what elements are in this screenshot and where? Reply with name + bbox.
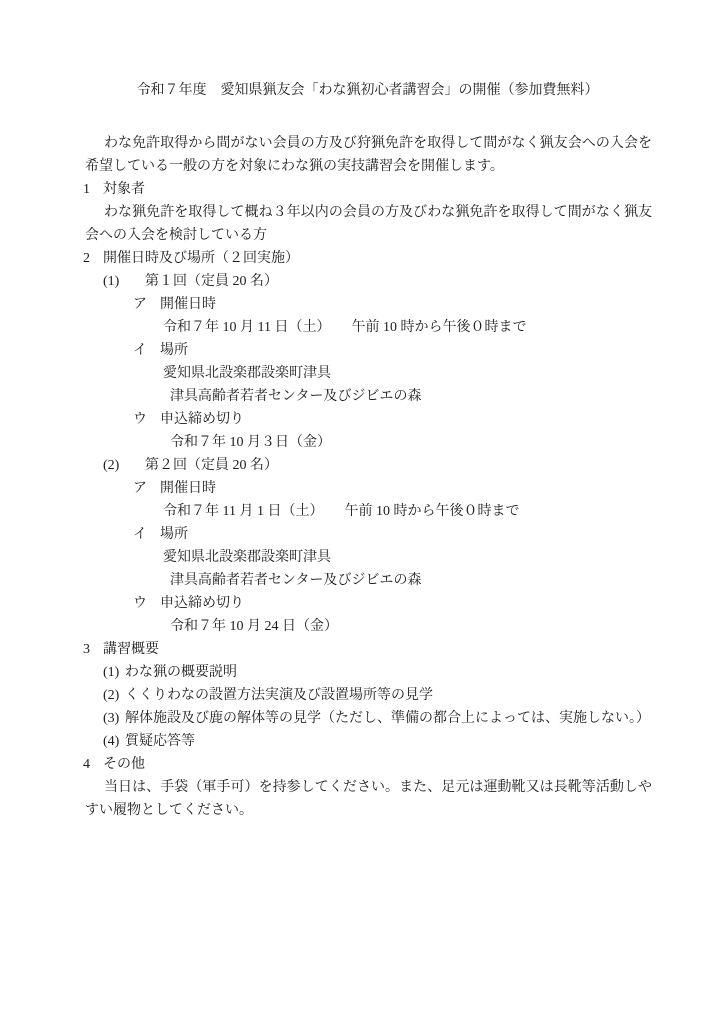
item-detail: 令和７年 10 月３日（金） (170, 431, 652, 454)
document-page: 令和７年度 愛知県猟友会「わな猟初心者講習会」の開催（参加費無料） わな免許取得… (0, 0, 724, 1024)
section-heading-line: 4その他 (83, 753, 652, 776)
section-koshu-gaiyo: 3講習概要 (1)わな猟の概要説明 (2)くくりわなの設置方法実演及び設置場所等… (83, 638, 652, 753)
item-label: 申込締め切り (160, 412, 244, 427)
section-heading-line: 3講習概要 (83, 638, 652, 661)
kana-marker: イ (133, 523, 160, 546)
section-body: 当日は、手袋（軍手可）を持参してください。また、足元は運動靴又は長靴等活動しやす… (85, 776, 652, 822)
section-heading: 講習概要 (103, 642, 159, 657)
item-detail: 令和７年 10 月 24 日（金） (170, 615, 652, 638)
item-detail: 愛知県北設楽郡設楽町津具 (163, 362, 652, 385)
section-number: 1 (83, 178, 103, 201)
section-heading: その他 (103, 757, 145, 772)
item-text: 質疑応答等 (125, 734, 195, 749)
round-header: (2)第２回（定員 20 名） (103, 454, 652, 477)
kana-marker: ウ (133, 592, 160, 615)
overview-item: (4)質疑応答等 (103, 730, 652, 753)
section-kaisai: 2開催日時及び場所（２回実施） (1)第１回（定員 20 名） ア開催日時 令和… (83, 247, 652, 638)
section-heading-line: 2開催日時及び場所（２回実施） (83, 247, 652, 270)
item-text: くくりわなの設置方法実演及び設置場所等の見学 (125, 688, 433, 703)
round-header: (1)第１回（定員 20 名） (103, 270, 652, 293)
section-number: 3 (83, 638, 103, 661)
item-label: 場所 (160, 343, 188, 358)
overview-item: (1)わな猟の概要説明 (103, 661, 652, 684)
section-heading: 開催日時及び場所（２回実施） (103, 251, 299, 266)
schedule-item-header: ウ申込締め切り (133, 408, 652, 431)
item-detail: 愛知県北設楽郡設楽町津具 (163, 546, 652, 569)
item-detail: 津具高齢者若者センター及びジビエの森 (170, 385, 652, 408)
kana-marker: ウ (133, 408, 160, 431)
item-marker: (4) (103, 730, 125, 753)
item-marker: (3) (103, 707, 125, 730)
item-label: 申込締め切り (160, 596, 244, 611)
round-marker: (1) (103, 270, 145, 293)
schedule-item-header: ア開催日時 (133, 477, 652, 500)
section-body: わな猟免許を取得して概ね３年以内の会員の方及びわな猟免許を取得して間がなく猟友会… (85, 201, 652, 247)
section-number: 4 (83, 753, 103, 776)
section-sonota: 4その他 当日は、手袋（軍手可）を持参してください。また、足元は運動靴又は長靴等… (83, 753, 652, 822)
item-label: 開催日時 (160, 481, 216, 496)
item-detail: 令和７年 10 月 11 日（土） 午前 10 時から午後０時まで (163, 316, 652, 339)
schedule-item-header: ウ申込締め切り (133, 592, 652, 615)
round-2: (2)第２回（定員 20 名） ア開催日時 令和７年 11 月 1 日（土） 午… (83, 454, 652, 638)
item-label: 開催日時 (160, 297, 216, 312)
section-heading-line: 1対象者 (83, 178, 652, 201)
item-marker: (1) (103, 661, 125, 684)
item-marker: (2) (103, 684, 125, 707)
item-text: わな猟の概要説明 (125, 665, 237, 680)
item-text: 解体施設及び鹿の解体等の見学（ただし、準備の都合上によっては、実施しない。） (125, 711, 650, 726)
schedule-item-header: ア開催日時 (133, 293, 652, 316)
kana-marker: ア (133, 293, 160, 316)
round-marker: (2) (103, 454, 145, 477)
round-title: 第１回（定員 20 名） (145, 274, 278, 289)
item-detail: 津具高齢者若者センター及びジビエの森 (170, 569, 652, 592)
kana-marker: イ (133, 339, 160, 362)
item-detail: 令和７年 11 月 1 日（土） 午前 10 時から午後０時まで (163, 500, 652, 523)
overview-item: (3)解体施設及び鹿の解体等の見学（ただし、準備の都合上によっては、実施しない。… (103, 707, 652, 730)
round-title: 第２回（定員 20 名） (145, 458, 278, 473)
round-1: (1)第１回（定員 20 名） ア開催日時 令和７年 10 月 11 日（土） … (83, 270, 652, 454)
document-title: 令和７年度 愛知県猟友会「わな猟初心者講習会」の開催（参加費無料） (83, 79, 652, 102)
section-taishosha: 1対象者 わな猟免許を取得して概ね３年以内の会員の方及びわな猟免許を取得して間が… (83, 178, 652, 247)
section-number: 2 (83, 247, 103, 270)
section-heading: 対象者 (103, 182, 145, 197)
item-label: 場所 (160, 527, 188, 542)
kana-marker: ア (133, 477, 160, 500)
schedule-item-header: イ場所 (133, 339, 652, 362)
intro-paragraph: わな免許取得から間がない会員の方及び狩猟免許を取得して間がなく猟友会への入会を希… (85, 132, 652, 178)
schedule-item-header: イ場所 (133, 523, 652, 546)
overview-item: (2)くくりわなの設置方法実演及び設置場所等の見学 (103, 684, 652, 707)
